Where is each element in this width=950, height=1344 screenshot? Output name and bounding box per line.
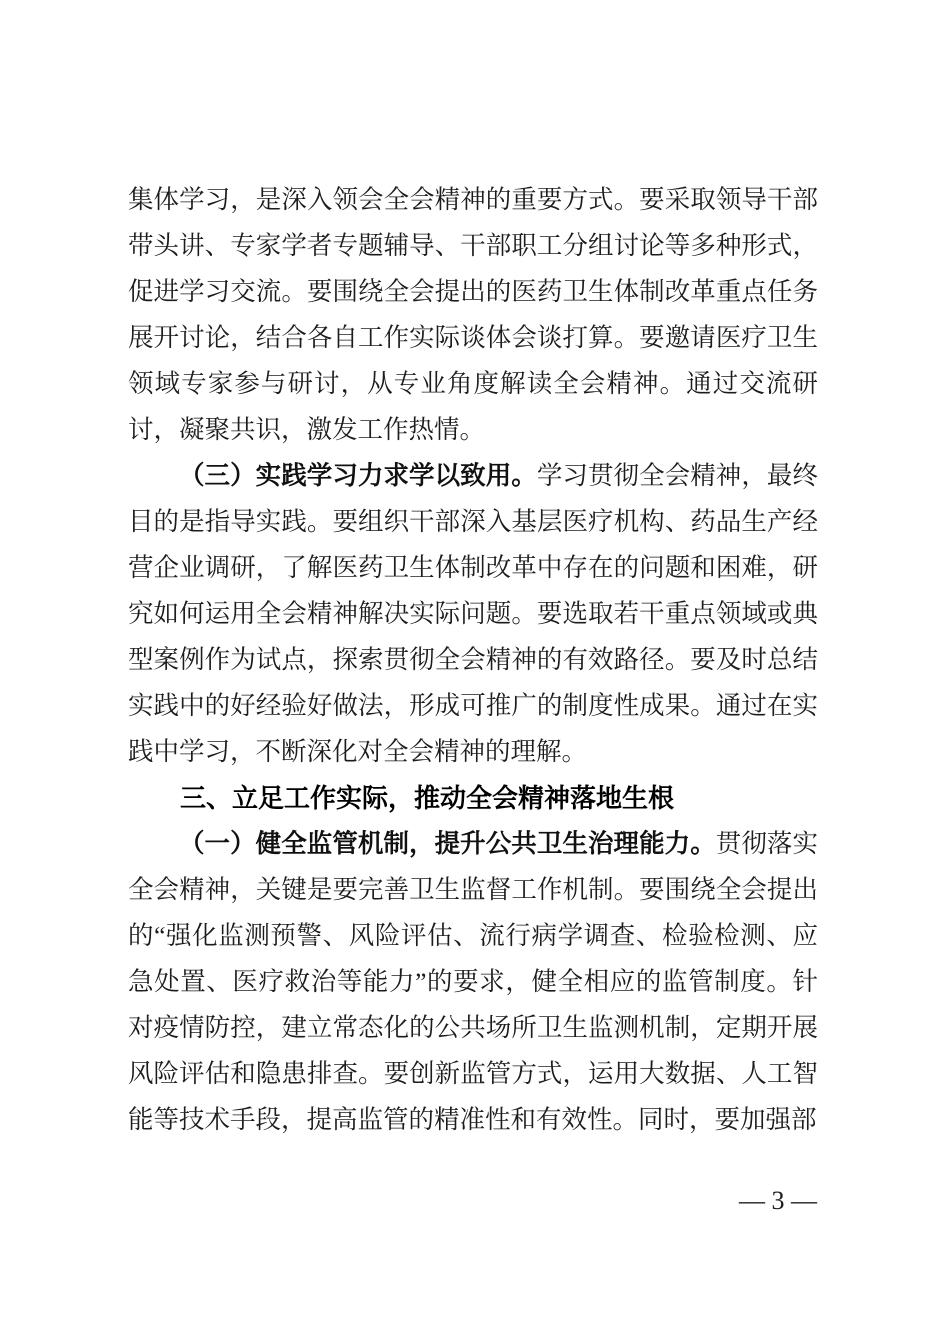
paragraph-text: 学习贯彻全会精神，最终目的是指导实践。要组织干部深入基层医疗机构、药品生产经营企… [128,461,818,766]
subsection-lead-three: （三）实践学习力求学以致用。 [179,461,537,490]
subsection-lead-one: （一）健全监管机制，提升公共卫生治理能力。 [179,829,716,858]
document-page: 集体学习，是深入领会全会精神的重要方式。要采取领导干部带头讲、专家学者专题辅导、… [0,0,950,1344]
page-number: — 3 — [739,1186,817,1216]
body-paragraph-item-one: （一）健全监管机制，提升公共卫生治理能力。贯彻落实全会精神，关键是要完善卫生监督… [128,821,818,1143]
body-paragraph-item-three: （三）实践学习力求学以致用。学习贯彻全会精神，最终目的是指导实践。要组织干部深入… [128,453,818,775]
paragraph-text: 贯彻落实全会精神，关键是要完善卫生监督工作机制。要围绕全会提出的“强化监测预警、… [128,829,818,1134]
body-paragraph-continuation: 集体学习，是深入领会全会精神的重要方式。要采取领导干部带头讲、专家学者专题辅导、… [128,177,818,453]
document-body: 集体学习，是深入领会全会精神的重要方式。要采取领导干部带头讲、专家学者专题辅导、… [128,177,818,1143]
paragraph-text: 集体学习，是深入领会全会精神的重要方式。要采取领导干部带头讲、专家学者专题辅导、… [128,185,818,444]
section-heading-three: 三、立足工作实际，推动全会精神落地生根 [128,775,818,821]
